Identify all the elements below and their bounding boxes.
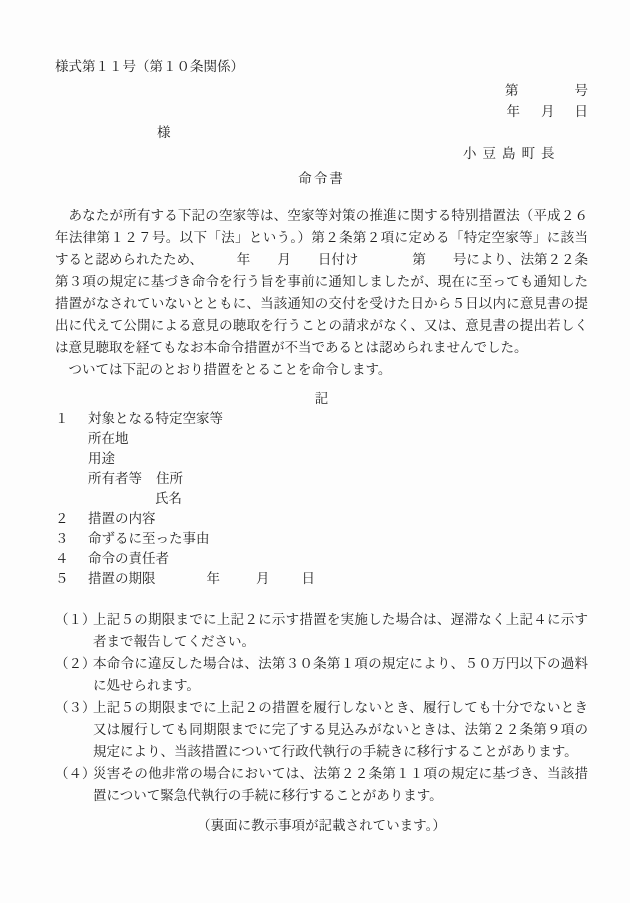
ki-list: １ 対象となる特定空家等 所在地 用途 所有者等住所 氏名 ２ 措置の内容 ３ … — [55, 409, 588, 589]
body-paragraph-2: ついては下記のとおり措置をとることを命令します。 — [55, 359, 588, 381]
list-item-4: ４ 命令の責任者 — [55, 549, 588, 569]
notes-section: （１） 上記５の期限までに上記２に示す措置を実施した場合は、遅滞なく上記４に示す… — [55, 609, 588, 807]
deadline-year-label: 年 — [207, 569, 221, 589]
addressee-line: 様 — [55, 122, 588, 143]
note-1-text: 上記５の期限までに上記２に示す措置を実施した場合は、遅滞なく上記４に示す者まで報… — [93, 609, 588, 653]
item-5-number: ５ — [55, 569, 88, 589]
note-2-marker: （２） — [55, 653, 93, 697]
note-1-marker: （１） — [55, 609, 93, 653]
item-5-label: 措置の期限 — [88, 569, 156, 589]
document-title: 命令書 — [55, 168, 588, 189]
item-1-owner-address-line: 所有者等住所 — [55, 469, 588, 489]
list-item-2: ２ 措置の内容 — [55, 509, 588, 529]
item-4-number: ４ — [55, 549, 88, 569]
owner-address-label: 住所 — [156, 471, 183, 486]
item-4-label: 命令の責任者 — [88, 549, 169, 569]
document-content: 様式第１１号（第１０条関係） 第号 年月日 様 小豆島町長 命令書 あなたが所有… — [0, 0, 630, 837]
document-page: 様式第１１号（第１０条関係） 第号 年月日 様 小豆島町長 命令書 あなたが所有… — [0, 0, 630, 903]
issuer-name: 小豆島町長 — [55, 143, 588, 164]
doc-number-line: 第号 — [55, 80, 588, 101]
owner-label: 所有者等 — [88, 471, 142, 486]
body-paragraph-1: あなたが所有する下記の空家等は、空家等対策の推進に関する特別措置法（平成２６年法… — [55, 205, 588, 359]
note-3-marker: （３） — [55, 697, 93, 763]
date-month-label: 月 — [541, 104, 555, 119]
list-item-5: ５ 措置の期限 年 月 日 — [55, 569, 588, 589]
doc-number-suffix: 号 — [575, 83, 589, 98]
item-3-label: 命ずるに至った事由 — [88, 529, 210, 549]
note-3-text: 上記５の期限までに上記２の措置を履行しないとき、履行しても十分でないとき又は履行… — [93, 697, 588, 763]
note-3: （３） 上記５の期限までに上記２の措置を履行しないとき、履行しても十分でないとき… — [55, 697, 588, 763]
item-3-number: ３ — [55, 529, 88, 549]
date-day-label: 日 — [575, 104, 589, 119]
date-year-label: 年 — [507, 104, 521, 119]
item-1-label: 対象となる特定空家等 — [88, 409, 223, 429]
note-4-marker: （４） — [55, 763, 93, 807]
note-1: （１） 上記５の期限までに上記２に示す措置を実施した場合は、遅滞なく上記４に示す… — [55, 609, 588, 653]
date-month-blank — [520, 115, 541, 116]
item-1-owner-name-label: 氏名 — [55, 489, 588, 509]
addressee-suffix: 様 — [157, 125, 171, 140]
note-4: （４） 災害その他非常の場合においては、法第２２条第１１項の規定に基づき、当該措… — [55, 763, 588, 807]
body-text: あなたが所有する下記の空家等は、空家等対策の推進に関する特別措置法（平成２６年法… — [55, 205, 588, 381]
list-item-1: １ 対象となる特定空家等 — [55, 409, 588, 429]
item-1-number: １ — [55, 409, 88, 429]
list-item-3: ３ 命ずるに至った事由 — [55, 529, 588, 549]
item-1-usage: 用途 — [55, 449, 588, 469]
deadline-month-label: 月 — [256, 569, 270, 589]
date-day-blank — [555, 115, 575, 116]
owner-gap — [142, 482, 156, 483]
doc-number-prefix: 第 — [505, 83, 519, 98]
reverse-side-note: （裏面に教示事項が記載されています。） — [55, 815, 588, 837]
item-1-location: 所在地 — [55, 429, 588, 449]
deadline-day-label: 日 — [302, 569, 316, 589]
ki-heading: 記 — [55, 389, 588, 409]
item-2-number: ２ — [55, 509, 88, 529]
item-2-label: 措置の内容 — [88, 509, 156, 529]
date-line: 年月日 — [55, 101, 588, 122]
note-2-text: 本命令に違反した場合は、法第３０条第１項の規定により、５０万円以下の過料に処せら… — [93, 653, 588, 697]
doc-number-blank — [519, 94, 575, 95]
note-4-text: 災害その他非常の場合においては、法第２２条第１１項の規定に基づき、当該措置につい… — [93, 763, 588, 807]
note-2: （２） 本命令に違反した場合は、法第３０条第１項の規定により、５０万円以下の過料… — [55, 653, 588, 697]
form-number: 様式第１１号（第１０条関係） — [55, 56, 588, 77]
